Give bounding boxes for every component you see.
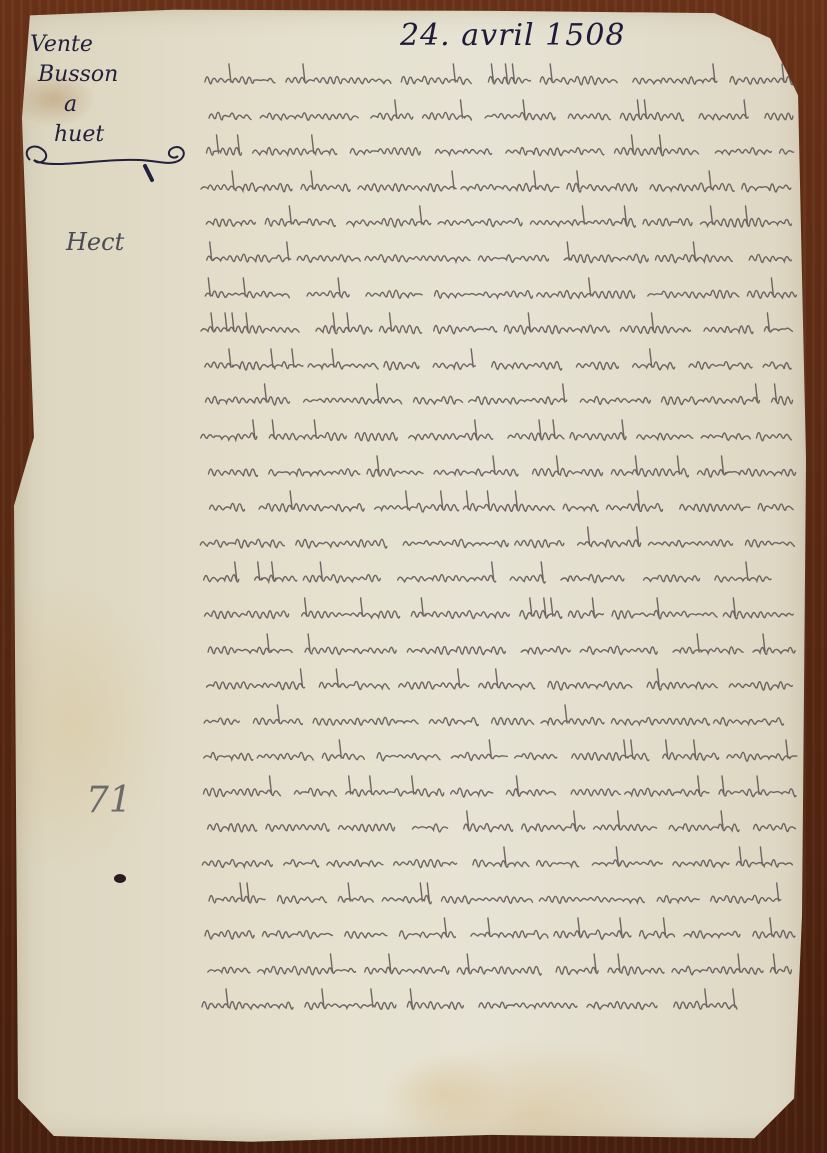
margin-mark: Hect bbox=[66, 228, 124, 256]
handwritten-line bbox=[190, 309, 800, 345]
handwritten-line bbox=[190, 131, 800, 167]
margin-title-line: a bbox=[64, 90, 118, 120]
handwritten-line bbox=[190, 950, 800, 986]
handwritten-line bbox=[190, 736, 800, 772]
handwritten-line bbox=[190, 96, 800, 132]
handwritten-line bbox=[190, 238, 800, 274]
handwritten-line bbox=[190, 202, 800, 238]
margin-number: 71 bbox=[86, 780, 132, 821]
handwritten-line bbox=[190, 558, 800, 594]
handwritten-line bbox=[190, 985, 800, 1021]
handwritten-line bbox=[190, 914, 800, 950]
handwritten-line bbox=[190, 167, 800, 203]
handwritten-line bbox=[190, 452, 800, 488]
handwritten-line bbox=[190, 345, 800, 381]
handwritten-line bbox=[190, 523, 800, 559]
handwritten-line bbox=[190, 807, 800, 843]
handwritten-line bbox=[190, 274, 800, 310]
handwritten-line bbox=[190, 843, 800, 879]
margin-title-line: Busson bbox=[38, 60, 118, 90]
document-date: 24. avril 1508 bbox=[400, 18, 626, 53]
handwritten-line bbox=[190, 630, 800, 666]
handwritten-line bbox=[190, 594, 800, 630]
handwritten-line bbox=[190, 380, 800, 416]
margin-title-line: Vente bbox=[30, 30, 118, 60]
ink-blot bbox=[114, 874, 126, 883]
handwritten-line bbox=[190, 879, 800, 915]
handwritten-line bbox=[190, 416, 800, 452]
handwritten-line bbox=[190, 665, 800, 701]
handwritten-line bbox=[190, 60, 800, 96]
handwritten-line bbox=[190, 772, 800, 808]
flourish-icon bbox=[20, 130, 200, 190]
handwritten-line bbox=[190, 487, 800, 523]
handwritten-line bbox=[190, 701, 800, 737]
handwritten-body: Handwritten body text, approx. 27 lines,… bbox=[190, 60, 800, 1021]
